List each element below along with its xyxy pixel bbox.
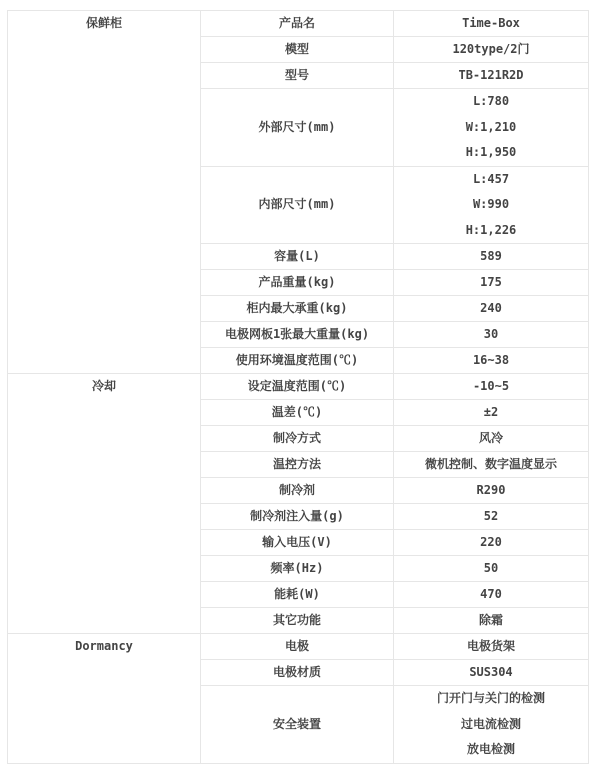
spec-label: 设定温度范围(℃) bbox=[201, 374, 394, 400]
spec-label: 其它功能 bbox=[201, 608, 394, 634]
spec-value-line: W:1,210 bbox=[394, 115, 588, 141]
spec-value: 52 bbox=[394, 504, 589, 530]
spec-value: 30 bbox=[394, 322, 589, 348]
spec-label: 型号 bbox=[201, 63, 394, 89]
spec-value: -10~5 bbox=[394, 374, 589, 400]
spec-value: SUS304 bbox=[394, 660, 589, 686]
spec-value: 120type/2门 bbox=[394, 37, 589, 63]
spec-label: 容量(L) bbox=[201, 244, 394, 270]
table-row: 保鲜柜 产品名 Time-Box bbox=[8, 11, 589, 37]
spec-value: 风冷 bbox=[394, 426, 589, 452]
spec-label: 能耗(W) bbox=[201, 582, 394, 608]
spec-label: 内部尺寸(mm) bbox=[201, 166, 394, 244]
spec-label: 产品名 bbox=[201, 11, 394, 37]
spec-label: 制冷剂 bbox=[201, 478, 394, 504]
spec-value-line: H:1,226 bbox=[394, 218, 588, 244]
spec-value-multi: 门开门与关门的检测 过电流检测 放电检测 bbox=[394, 686, 589, 764]
spec-value: 50 bbox=[394, 556, 589, 582]
spec-value-line: H:1,950 bbox=[394, 140, 588, 166]
spec-value: 240 bbox=[394, 296, 589, 322]
spec-value: TB-121R2D bbox=[394, 63, 589, 89]
spec-value: 除霜 bbox=[394, 608, 589, 634]
spec-label: 温差(℃) bbox=[201, 400, 394, 426]
spec-value-line: 放电检测 bbox=[394, 737, 588, 763]
spec-label: 产品重量(kg) bbox=[201, 270, 394, 296]
spec-label: 外部尺寸(mm) bbox=[201, 89, 394, 167]
spec-label: 模型 bbox=[201, 37, 394, 63]
spec-value: 电极货架 bbox=[394, 634, 589, 660]
spec-value: 220 bbox=[394, 530, 589, 556]
spec-value-line: W:990 bbox=[394, 192, 588, 218]
spec-value: 微机控制、数字温度显示 bbox=[394, 452, 589, 478]
table-row: 冷却 设定温度范围(℃) -10~5 bbox=[8, 374, 589, 400]
spec-label: 制冷剂注入量(g) bbox=[201, 504, 394, 530]
spec-label: 柜内最大承重(kg) bbox=[201, 296, 394, 322]
spec-value: Time-Box bbox=[394, 11, 589, 37]
spec-value: R290 bbox=[394, 478, 589, 504]
spec-label: 输入电压(V) bbox=[201, 530, 394, 556]
spec-label: 频率(Hz) bbox=[201, 556, 394, 582]
spec-label: 电极材质 bbox=[201, 660, 394, 686]
spec-label: 制冷方式 bbox=[201, 426, 394, 452]
spec-label: 电极网板1张最大重量(kg) bbox=[201, 322, 394, 348]
spec-value-multi: L:457 W:990 H:1,226 bbox=[394, 166, 589, 244]
spec-table: 保鲜柜 产品名 Time-Box 模型 120type/2门 型号 TB-121… bbox=[7, 10, 589, 764]
spec-value-line: 门开门与关门的检测 bbox=[394, 686, 588, 712]
spec-value: ±2 bbox=[394, 400, 589, 426]
spec-label: 温控方法 bbox=[201, 452, 394, 478]
spec-value-line: L:457 bbox=[394, 167, 588, 193]
group-cell: Dormancy bbox=[8, 634, 201, 764]
spec-label: 使用环境温度范围(℃) bbox=[201, 348, 394, 374]
table-row: Dormancy 电极 电极货架 bbox=[8, 634, 589, 660]
group-cell: 保鲜柜 bbox=[8, 11, 201, 374]
spec-value: 175 bbox=[394, 270, 589, 296]
spec-value: 470 bbox=[394, 582, 589, 608]
group-cell: 冷却 bbox=[8, 374, 201, 634]
spec-value: 589 bbox=[394, 244, 589, 270]
spec-value-line: L:780 bbox=[394, 89, 588, 115]
spec-value-line: 过电流检测 bbox=[394, 712, 588, 738]
spec-value-multi: L:780 W:1,210 H:1,950 bbox=[394, 89, 589, 167]
spec-label: 电极 bbox=[201, 634, 394, 660]
spec-value: 16~38 bbox=[394, 348, 589, 374]
spec-label: 安全装置 bbox=[201, 686, 394, 764]
